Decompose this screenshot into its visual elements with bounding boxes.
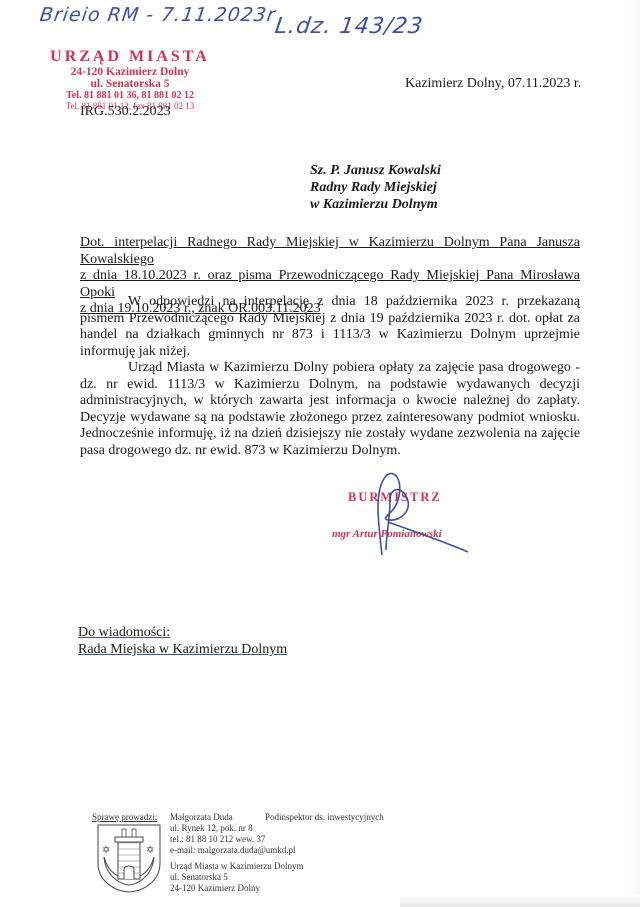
footer-position: Podinspektor ds. inwestycyjnych	[265, 812, 384, 823]
office-stamp: URZĄD MIASTA 24-120 Kazimierz Dolny ul. …	[50, 48, 210, 111]
stamp-phone: Tel. 81 881 01 36, 81 881 02 12	[50, 90, 210, 101]
addressee-line: Radny Rady Miejskiej	[310, 179, 441, 196]
paragraph-2: Urząd Miasta w Kazimierzu Dolny pobiera …	[80, 360, 580, 459]
footer-city: 24-120 Kazimierz Dolny	[170, 883, 303, 894]
reference-number: IRG.530.2.2023	[80, 104, 171, 120]
svg-text:✡: ✡	[146, 845, 154, 856]
coat-of-arms-icon: ✡ ✡	[94, 823, 164, 893]
handwritten-registry-number: L.dz. 143/23	[273, 14, 425, 39]
scan-bottom-shadow	[400, 895, 640, 907]
subject-line: Dot. interpelacji Radnego Rady Miejskiej…	[80, 235, 580, 268]
paragraph-text: W odpowiedzi na interpelację z dnia 18 p…	[80, 294, 580, 359]
stamp-city: 24-120 Kazimierz Dolny	[50, 66, 210, 78]
footer-office-address: ul. Rynek 12, pok. nr 8	[170, 823, 303, 834]
footer-institution: Urząd Miasta w Kazimierzu Dolnym	[170, 861, 303, 872]
addressee-line: w Kazimierzu Dolnym	[310, 196, 441, 213]
place-date: Kazimierz Dolny, 07.11.2023 r.	[405, 76, 581, 92]
addressee: Sz. P. Janusz Kowalski Radny Rady Miejsk…	[310, 162, 441, 213]
cc-label: Do wiadomości:	[78, 625, 170, 640]
footer-phone: tel.: 81 88 10 212 wew. 37	[170, 834, 303, 845]
scan-edge-shadow	[626, 0, 640, 907]
stamp-street: ul. Senatorska 5	[50, 78, 210, 90]
cc-recipient: Rada Miejska w Kazimierzu Dolnym	[78, 642, 287, 657]
footer-contact: Małgorzata Duda ul. Rynek 12, pok. nr 8 …	[170, 812, 303, 894]
stamp-office: URZĄD MIASTA	[50, 48, 210, 66]
paragraph-text: Urząd Miasta w Kazimierzu Dolny pobiera …	[80, 360, 580, 458]
handwritten-signature-icon	[360, 470, 480, 560]
svg-text:✡: ✡	[102, 845, 110, 856]
cc-block: Do wiadomości: Rada Miejska w Kazimierzu…	[78, 624, 287, 658]
addressee-line: Sz. P. Janusz Kowalski	[310, 162, 441, 179]
handled-by-label: Sprawę prowadzi:	[92, 812, 157, 823]
footer-street: ul. Senatorska 5	[170, 872, 303, 883]
footer-email[interactable]: e-mail: malgorzata.duda@umkd.pl	[170, 845, 303, 856]
handwritten-received-note: Brieio RM - 7.11.2023r	[38, 4, 277, 26]
paragraph-1: W odpowiedzi na interpelację z dnia 18 p…	[80, 294, 580, 360]
